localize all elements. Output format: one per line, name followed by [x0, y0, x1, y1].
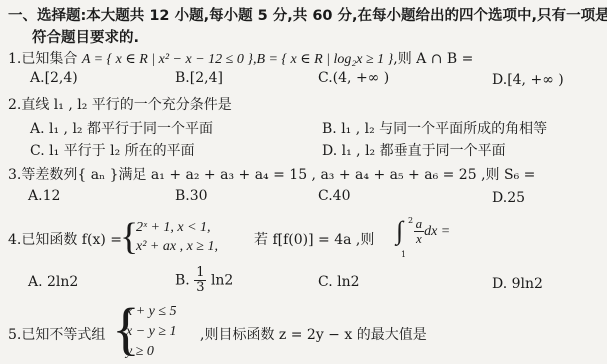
- question-3-stem: 3.等差数列{ aₙ }满足 a₁ + a₂ + a₃ + a₄ = 15 , …: [8, 164, 535, 184]
- constraint-1: x + y ≤ 5: [126, 304, 177, 320]
- definite-integral: ∫21 axdx =: [396, 216, 450, 246]
- stem-suffix: ,则 A ∩ B =: [393, 51, 473, 67]
- q1-option-d[interactable]: D.[4, +∞ ): [492, 72, 564, 88]
- stem-prefix: 已知集合: [21, 51, 77, 67]
- question-2-stem: 2.直线 l₁ , l₂ 平行的一个充分条件是: [8, 94, 232, 114]
- question-number: 3.: [8, 167, 21, 183]
- q4-option-d[interactable]: D. 9ln2: [492, 276, 543, 292]
- constraint-3: y ≥ 0: [126, 344, 154, 360]
- set-A: A = { x ∈ R | x² − x − 12 ≤ 0 }: [82, 52, 253, 67]
- set-B: ,B = { x ∈ R | log₂x ≥ 1 }: [253, 52, 393, 67]
- stem-text: 等差数列{ aₙ }满足 a₁ + a₂ + a₃ + a₄ = 15 , a₃…: [21, 167, 535, 183]
- stem-suffix: ,则目标函数 z = 2y − x 的最大值是: [200, 324, 427, 344]
- question-number: 2.: [8, 97, 21, 113]
- section-header-line1: 一、选择题:本大题共 12 小题,每小题 5 分,共 60 分,在每小题给出的四…: [8, 4, 607, 25]
- q1-option-a[interactable]: A.[2,4): [30, 70, 78, 86]
- question-number: 1.: [8, 51, 21, 67]
- q4-option-a[interactable]: A. 2ln2: [28, 274, 78, 290]
- q1-option-c[interactable]: C.(4, +∞ ): [318, 70, 389, 86]
- q2-option-b[interactable]: B. l₁ , l₂ 与同一个平面所成的角相等: [322, 118, 547, 138]
- question-number-and-prefix: 4.已知函数 f(x) =: [8, 229, 122, 249]
- integral-upper-limit: 2: [408, 216, 413, 225]
- piecewise-case-2: x² + ax , x ≥ 1,: [136, 239, 218, 255]
- q3-option-c[interactable]: C.40: [318, 188, 351, 204]
- integrand-fraction: ax: [414, 217, 425, 246]
- integral-tail: dx =: [424, 224, 450, 239]
- question-1-stem: 1.已知集合 A = { x ∈ R | x² − x − 12 ≤ 0 },B…: [8, 48, 473, 68]
- question-5-stem: 5.已知不等式组 { x + y ≤ 5 x − y ≥ 1 y ≥ 0 ,则目…: [8, 304, 607, 364]
- section-header-line2: 符合题目要求的.: [32, 26, 139, 47]
- q1-option-b[interactable]: B.[2,4]: [175, 70, 223, 86]
- q2-option-c[interactable]: C. l₁ 平行于 l₂ 所在的平面: [30, 140, 195, 160]
- q3-option-a[interactable]: A.12: [28, 188, 60, 204]
- q3-option-d[interactable]: D.25: [492, 190, 525, 206]
- piecewise-case-1: 2ˣ + 1, x < 1,: [136, 220, 211, 236]
- question-number-and-prefix: 5.已知不等式组: [8, 324, 105, 344]
- constraint-2: x − y ≥ 1: [126, 324, 177, 340]
- q2-option-d[interactable]: D. l₁ , l₂ 都垂直于同一个平面: [322, 140, 506, 160]
- q3-option-b[interactable]: B.30: [175, 188, 208, 204]
- q2-option-a[interactable]: A. l₁ , l₂ 都平行于同一个平面: [30, 118, 213, 138]
- integral-sign: ∫: [396, 216, 403, 245]
- stem-mid: 若 f[f(0)] = 4a ,则: [254, 229, 374, 249]
- integral-lower-limit: 1: [401, 250, 406, 259]
- stem-text: 直线 l₁ , l₂ 平行的一个充分条件是: [21, 97, 231, 113]
- q4-option-b[interactable]: B. 13 ln2: [175, 266, 233, 295]
- q4-option-c[interactable]: C. ln2: [318, 274, 360, 290]
